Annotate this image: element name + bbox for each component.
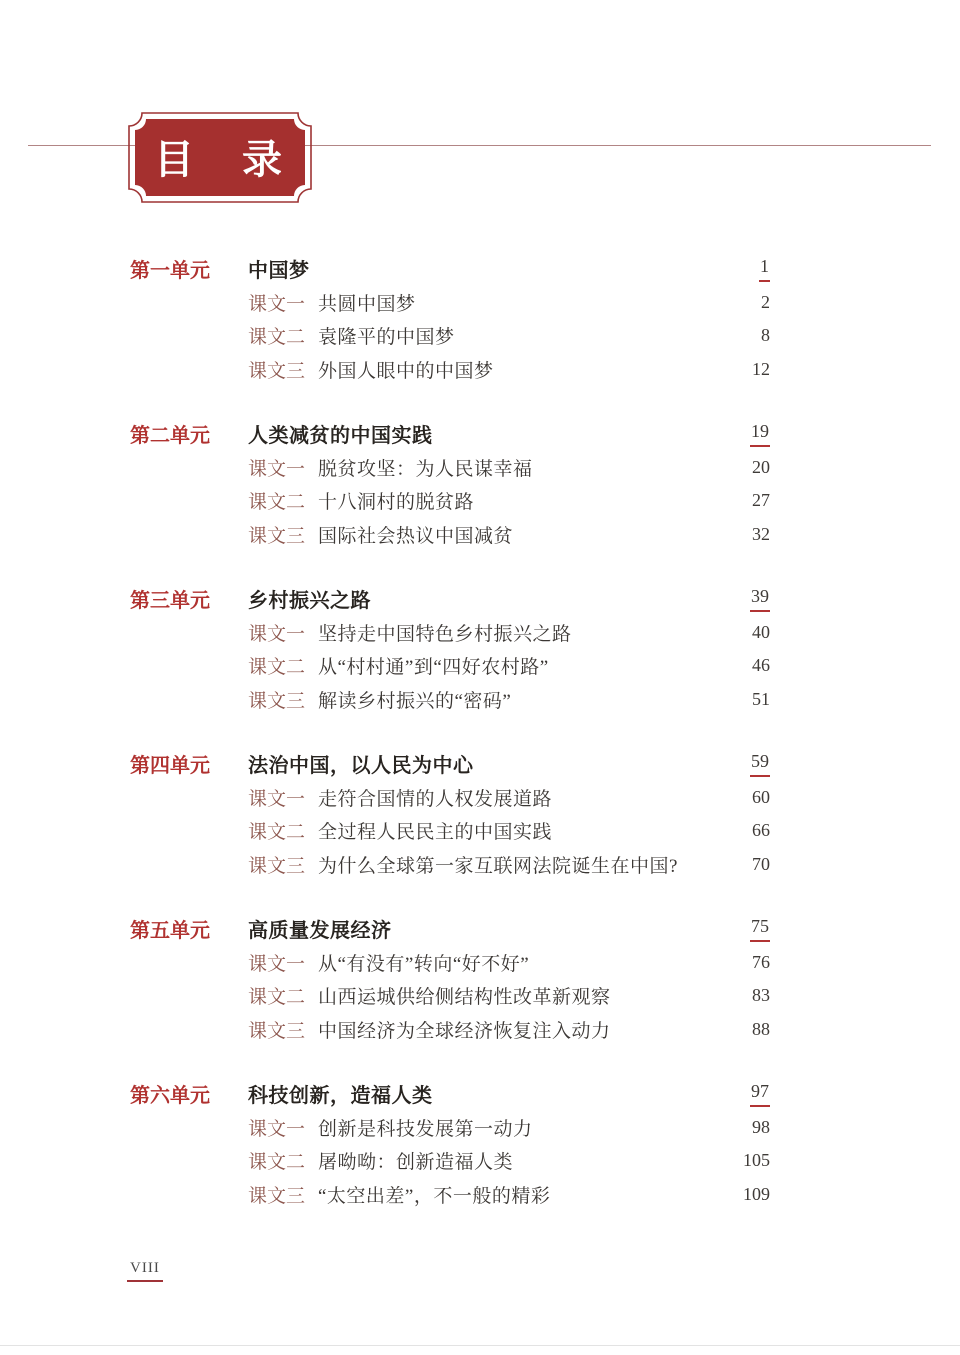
lesson-page-number: 12 <box>752 359 770 380</box>
unit-page-number: 97 <box>750 1081 770 1107</box>
unit-page-number: 39 <box>750 586 770 612</box>
lesson-row: 课文二 从“村村通”到“四好农村路” 46 <box>130 649 770 683</box>
lesson-row: 课文一 走符合国情的人权发展道路 60 <box>130 781 770 815</box>
lesson-label: 课文二 <box>248 487 318 514</box>
lesson-page-number: 40 <box>752 622 770 643</box>
lesson-title: 从“村村通”到“四好农村路” <box>318 652 752 679</box>
unit-title: 高质量发展经济 <box>248 914 750 943</box>
lesson-title: “太空出差”，不一般的精彩 <box>318 1181 743 1208</box>
toc-unit-5: 第五单元 高质量发展经济 75 课文一 从“有没有”转向“好不好” 76 课文二… <box>130 912 770 1046</box>
toc-page: 目 录 第一单元 中国梦 1 课文一 共圆中国梦 2 课文二 袁隆平的中国梦 8… <box>0 0 960 1355</box>
unit-heading-row: 第五单元 高质量发展经济 75 <box>130 912 770 946</box>
lesson-page-number: 2 <box>761 292 770 313</box>
unit-page-number: 19 <box>750 421 770 447</box>
unit-label: 第四单元 <box>130 749 248 778</box>
unit-label: 第六单元 <box>130 1079 248 1108</box>
unit-label: 第五单元 <box>130 914 248 943</box>
lesson-title: 全过程人民民主的中国实践 <box>318 817 752 844</box>
lesson-label: 课文二 <box>248 982 318 1009</box>
lesson-label: 课文三 <box>248 851 318 878</box>
unit-heading-row: 第六单元 科技创新，造福人类 97 <box>130 1077 770 1111</box>
lesson-page-number: 66 <box>752 820 770 841</box>
lesson-row: 课文三 外国人眼中的中国梦 12 <box>130 353 770 387</box>
unit-title: 中国梦 <box>248 254 759 283</box>
lesson-label: 课文二 <box>248 817 318 844</box>
lesson-label: 课文一 <box>248 784 318 811</box>
lesson-title: 解读乡村振兴的“密码” <box>318 686 752 713</box>
lesson-row: 课文一 脱贫攻坚：为人民谋幸福 20 <box>130 451 770 485</box>
lesson-page-number: 20 <box>752 457 770 478</box>
lesson-page-number: 46 <box>752 655 770 676</box>
lesson-label: 课文一 <box>248 289 318 316</box>
lesson-page-number: 105 <box>743 1150 770 1171</box>
toc-unit-1: 第一单元 中国梦 1 课文一 共圆中国梦 2 课文二 袁隆平的中国梦 8 课文三… <box>130 252 770 386</box>
lesson-title: 十八洞村的脱贫路 <box>318 487 752 514</box>
lesson-row: 课文二 十八洞村的脱贫路 27 <box>130 484 770 518</box>
unit-label: 第二单元 <box>130 419 248 448</box>
toc-unit-2: 第二单元 人类减贫的中国实践 19 课文一 脱贫攻坚：为人民谋幸福 20 课文二… <box>130 417 770 551</box>
unit-title: 乡村振兴之路 <box>248 584 750 613</box>
lesson-label: 课文二 <box>248 652 318 679</box>
page-bottom-edge <box>0 1345 960 1346</box>
lesson-row: 课文三 中国经济为全球经济恢复注入动力 88 <box>130 1013 770 1047</box>
unit-page-number: 75 <box>750 916 770 942</box>
lesson-label: 课文一 <box>248 454 318 481</box>
unit-title: 科技创新，造福人类 <box>248 1079 750 1108</box>
lesson-row: 课文一 从“有没有”转向“好不好” 76 <box>130 946 770 980</box>
lesson-title: 山西运城供给侧结构性改革新观察 <box>318 982 752 1009</box>
unit-label: 第一单元 <box>130 254 248 283</box>
lesson-title: 共圆中国梦 <box>318 289 761 316</box>
unit-heading-row: 第三单元 乡村振兴之路 39 <box>130 582 770 616</box>
unit-page-number: 1 <box>759 256 770 282</box>
lesson-row: 课文二 全过程人民民主的中国实践 66 <box>130 814 770 848</box>
unit-label: 第三单元 <box>130 584 248 613</box>
unit-page-number: 59 <box>750 751 770 777</box>
lesson-row: 课文一 创新是科技发展第一动力 98 <box>130 1111 770 1145</box>
lesson-row: 课文三 国际社会热议中国减贫 32 <box>130 518 770 552</box>
lesson-title: 坚持走中国特色乡村振兴之路 <box>318 619 752 646</box>
toc-unit-3: 第三单元 乡村振兴之路 39 课文一 坚持走中国特色乡村振兴之路 40 课文二 … <box>130 582 770 716</box>
toc-badge-title: 目 录 <box>127 111 313 204</box>
toc-unit-6: 第六单元 科技创新，造福人类 97 课文一 创新是科技发展第一动力 98 课文二… <box>130 1077 770 1211</box>
page-footer: VIII <box>127 1260 163 1282</box>
lesson-page-number: 27 <box>752 490 770 511</box>
lesson-page-number: 32 <box>752 524 770 545</box>
lesson-page-number: 98 <box>752 1117 770 1138</box>
lesson-page-number: 8 <box>761 325 770 346</box>
lesson-label: 课文二 <box>248 1147 318 1174</box>
lesson-page-number: 51 <box>752 689 770 710</box>
lesson-title: 国际社会热议中国减贫 <box>318 521 752 548</box>
lesson-row: 课文三 “太空出差”，不一般的精彩 109 <box>130 1178 770 1212</box>
lesson-label: 课文一 <box>248 949 318 976</box>
lesson-title: 外国人眼中的中国梦 <box>318 356 752 383</box>
lesson-label: 课文三 <box>248 1016 318 1043</box>
lesson-page-number: 83 <box>752 985 770 1006</box>
lesson-page-number: 88 <box>752 1019 770 1040</box>
lesson-row: 课文二 屠呦呦：创新造福人类 105 <box>130 1144 770 1178</box>
lesson-page-number: 76 <box>752 952 770 973</box>
toc-badge: 目 录 <box>127 111 313 204</box>
lesson-title: 从“有没有”转向“好不好” <box>318 949 752 976</box>
lesson-row: 课文二 山西运城供给侧结构性改革新观察 83 <box>130 979 770 1013</box>
lesson-title: 走符合国情的人权发展道路 <box>318 784 752 811</box>
lesson-label: 课文一 <box>248 619 318 646</box>
lesson-label: 课文三 <box>248 686 318 713</box>
lesson-title: 为什么全球第一家互联网法院诞生在中国? <box>318 851 752 878</box>
lesson-title: 屠呦呦：创新造福人类 <box>318 1147 743 1174</box>
lesson-row: 课文三 解读乡村振兴的“密码” 51 <box>130 683 770 717</box>
table-of-contents: 第一单元 中国梦 1 课文一 共圆中国梦 2 课文二 袁隆平的中国梦 8 课文三… <box>130 252 770 1242</box>
lesson-row: 课文一 共圆中国梦 2 <box>130 286 770 320</box>
lesson-label: 课文三 <box>248 356 318 383</box>
folio-number: VIII <box>127 1260 163 1282</box>
unit-heading-row: 第四单元 法治中国，以人民为中心 59 <box>130 747 770 781</box>
lesson-row: 课文二 袁隆平的中国梦 8 <box>130 319 770 353</box>
unit-heading-row: 第二单元 人类减贫的中国实践 19 <box>130 417 770 451</box>
lesson-row: 课文一 坚持走中国特色乡村振兴之路 40 <box>130 616 770 650</box>
lesson-title: 袁隆平的中国梦 <box>318 322 761 349</box>
lesson-title: 脱贫攻坚：为人民谋幸福 <box>318 454 752 481</box>
lesson-row: 课文三 为什么全球第一家互联网法院诞生在中国? 70 <box>130 848 770 882</box>
toc-unit-4: 第四单元 法治中国，以人民为中心 59 课文一 走符合国情的人权发展道路 60 … <box>130 747 770 881</box>
unit-title: 人类减贫的中国实践 <box>248 419 750 448</box>
lesson-page-number: 60 <box>752 787 770 808</box>
lesson-page-number: 70 <box>752 854 770 875</box>
unit-title: 法治中国，以人民为中心 <box>248 749 750 778</box>
unit-heading-row: 第一单元 中国梦 1 <box>130 252 770 286</box>
lesson-label: 课文二 <box>248 322 318 349</box>
lesson-label: 课文三 <box>248 1181 318 1208</box>
lesson-label: 课文三 <box>248 521 318 548</box>
lesson-title: 创新是科技发展第一动力 <box>318 1114 752 1141</box>
lesson-page-number: 109 <box>743 1184 770 1205</box>
lesson-title: 中国经济为全球经济恢复注入动力 <box>318 1016 752 1043</box>
lesson-label: 课文一 <box>248 1114 318 1141</box>
